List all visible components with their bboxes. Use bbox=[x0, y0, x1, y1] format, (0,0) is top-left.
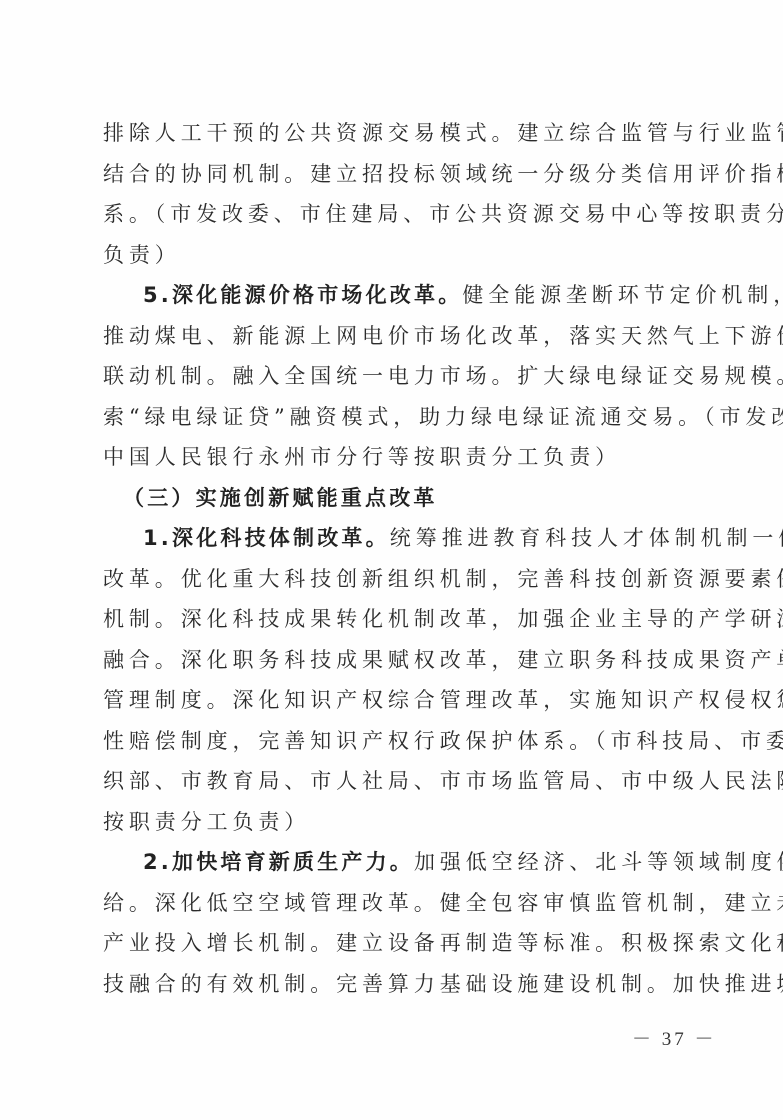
section-heading: （三）实施创新赋能重点改革 bbox=[123, 486, 438, 510]
line-text: 按职责分工负责） bbox=[103, 810, 310, 834]
item-heading: 5.深化能源价格市场化改革。 bbox=[143, 283, 462, 307]
text-line: 改革。优化重大科技创新组织机制，完善科技创新资源要素保障 bbox=[103, 559, 685, 600]
text-line: 联动机制。融入全国统一电力市场。扩大绿电绿证交易规模。探 bbox=[103, 356, 685, 397]
text-line: 中国人民银行永州市分行等按职责分工负责） bbox=[103, 437, 685, 478]
line-text: 管理制度。深化知识产权综合管理改革，实施知识产权侵权惩罚 bbox=[103, 688, 783, 712]
document-page: 排除人工干预的公共资源交易模式。建立综合监管与行业监管相 结合的协同机制。建立招… bbox=[0, 0, 783, 1120]
line-text: 推动煤电、新能源上网电价市场化改革，落实天然气上下游价格 bbox=[103, 324, 783, 348]
line-text: 技融合的有效机制。完善算力基础设施建设机制。加快推进城市 bbox=[103, 972, 783, 996]
line-text: 给。深化低空空域管理改革。健全包容审慎监管机制，建立未来 bbox=[103, 891, 783, 915]
line-text: 性赔偿制度，完善知识产权行政保护体系。（市科技局、市委组 bbox=[103, 729, 783, 753]
line-text: 中国人民银行永州市分行等按职责分工负责） bbox=[103, 445, 621, 469]
line-text: 结合的协同机制。建立招投标领域统一分级分类信用评价指标体 bbox=[103, 162, 783, 186]
line-text: 加强低空经济、北斗等领域制度供 bbox=[414, 850, 783, 874]
item-heading: 1.深化科技体制改革。 bbox=[143, 526, 390, 550]
page-number: － 37 － bbox=[632, 1024, 717, 1051]
text-line: 产业投入增长机制。建立设备再制造等标准。积极探索文化和科 bbox=[103, 923, 685, 964]
item-1-heading-line: 1.深化科技体制改革。统筹推进教育科技人才体制机制一体 bbox=[103, 518, 685, 559]
line-text: 排除人工干预的公共资源交易模式。建立综合监管与行业监管相 bbox=[103, 121, 783, 145]
text-line: 融合。深化职务科技成果赋权改革，建立职务科技成果资产单列 bbox=[103, 640, 685, 681]
text-line: 性赔偿制度，完善知识产权行政保护体系。（市科技局、市委组 bbox=[103, 721, 685, 762]
text-line: 技融合的有效机制。完善算力基础设施建设机制。加快推进城市 bbox=[103, 964, 685, 1005]
text-line: 负责） bbox=[103, 235, 685, 276]
line-text: 机制。深化科技成果转化机制改革，加强企业主导的产学研深度 bbox=[103, 607, 783, 631]
line-text: 改革。优化重大科技创新组织机制，完善科技创新资源要素保障 bbox=[103, 567, 783, 591]
item-2-heading-line: 2.加快培育新质生产力。加强低空经济、北斗等领域制度供 bbox=[103, 842, 685, 883]
line-text: 健全能源垄断环节定价机制， bbox=[462, 283, 783, 307]
text-line: 管理制度。深化知识产权综合管理改革，实施知识产权侵权惩罚 bbox=[103, 680, 685, 721]
text-line: 排除人工干预的公共资源交易模式。建立综合监管与行业监管相 bbox=[103, 113, 685, 154]
line-text: 联动机制。融入全国统一电力市场。扩大绿电绿证交易规模。探 bbox=[103, 364, 783, 388]
text-line: 机制。深化科技成果转化机制改革，加强企业主导的产学研深度 bbox=[103, 599, 685, 640]
text-line: 结合的协同机制。建立招投标领域统一分级分类信用评价指标体 bbox=[103, 154, 685, 195]
text-line: 按职责分工负责） bbox=[103, 802, 685, 843]
text-line: 给。深化低空空域管理改革。健全包容审慎监管机制，建立未来 bbox=[103, 883, 685, 924]
line-text: 索“绿电绿证贷”融资模式，助力绿电绿证流通交易。（市发改委、 bbox=[103, 405, 783, 429]
line-text: 融合。深化职务科技成果赋权改革，建立职务科技成果资产单列 bbox=[103, 648, 783, 672]
text-line: 织部、市教育局、市人社局、市市场监管局、市中级人民法院等 bbox=[103, 761, 685, 802]
section-heading-line: （三）实施创新赋能重点改革 bbox=[103, 478, 685, 519]
text-line: 推动煤电、新能源上网电价市场化改革，落实天然气上下游价格 bbox=[103, 316, 685, 357]
body-text: 排除人工干预的公共资源交易模式。建立综合监管与行业监管相 结合的协同机制。建立招… bbox=[103, 113, 685, 1004]
text-line: 索“绿电绿证贷”融资模式，助力绿电绿证流通交易。（市发改委、 bbox=[103, 397, 685, 438]
line-text: 织部、市教育局、市人社局、市市场监管局、市中级人民法院等 bbox=[103, 769, 783, 793]
line-text: 系。（市发改委、市住建局、市公共资源交易中心等按职责分工 bbox=[103, 202, 783, 226]
line-text: 统筹推进教育科技人才体制机制一体 bbox=[390, 526, 783, 550]
text-line: 系。（市发改委、市住建局、市公共资源交易中心等按职责分工 bbox=[103, 194, 685, 235]
line-text: 负责） bbox=[103, 243, 181, 267]
item-heading: 2.加快培育新质生产力。 bbox=[143, 850, 414, 874]
line-text: 产业投入增长机制。建立设备再制造等标准。积极探索文化和科 bbox=[103, 931, 783, 955]
item-5-heading-line: 5.深化能源价格市场化改革。健全能源垄断环节定价机制， bbox=[103, 275, 685, 316]
